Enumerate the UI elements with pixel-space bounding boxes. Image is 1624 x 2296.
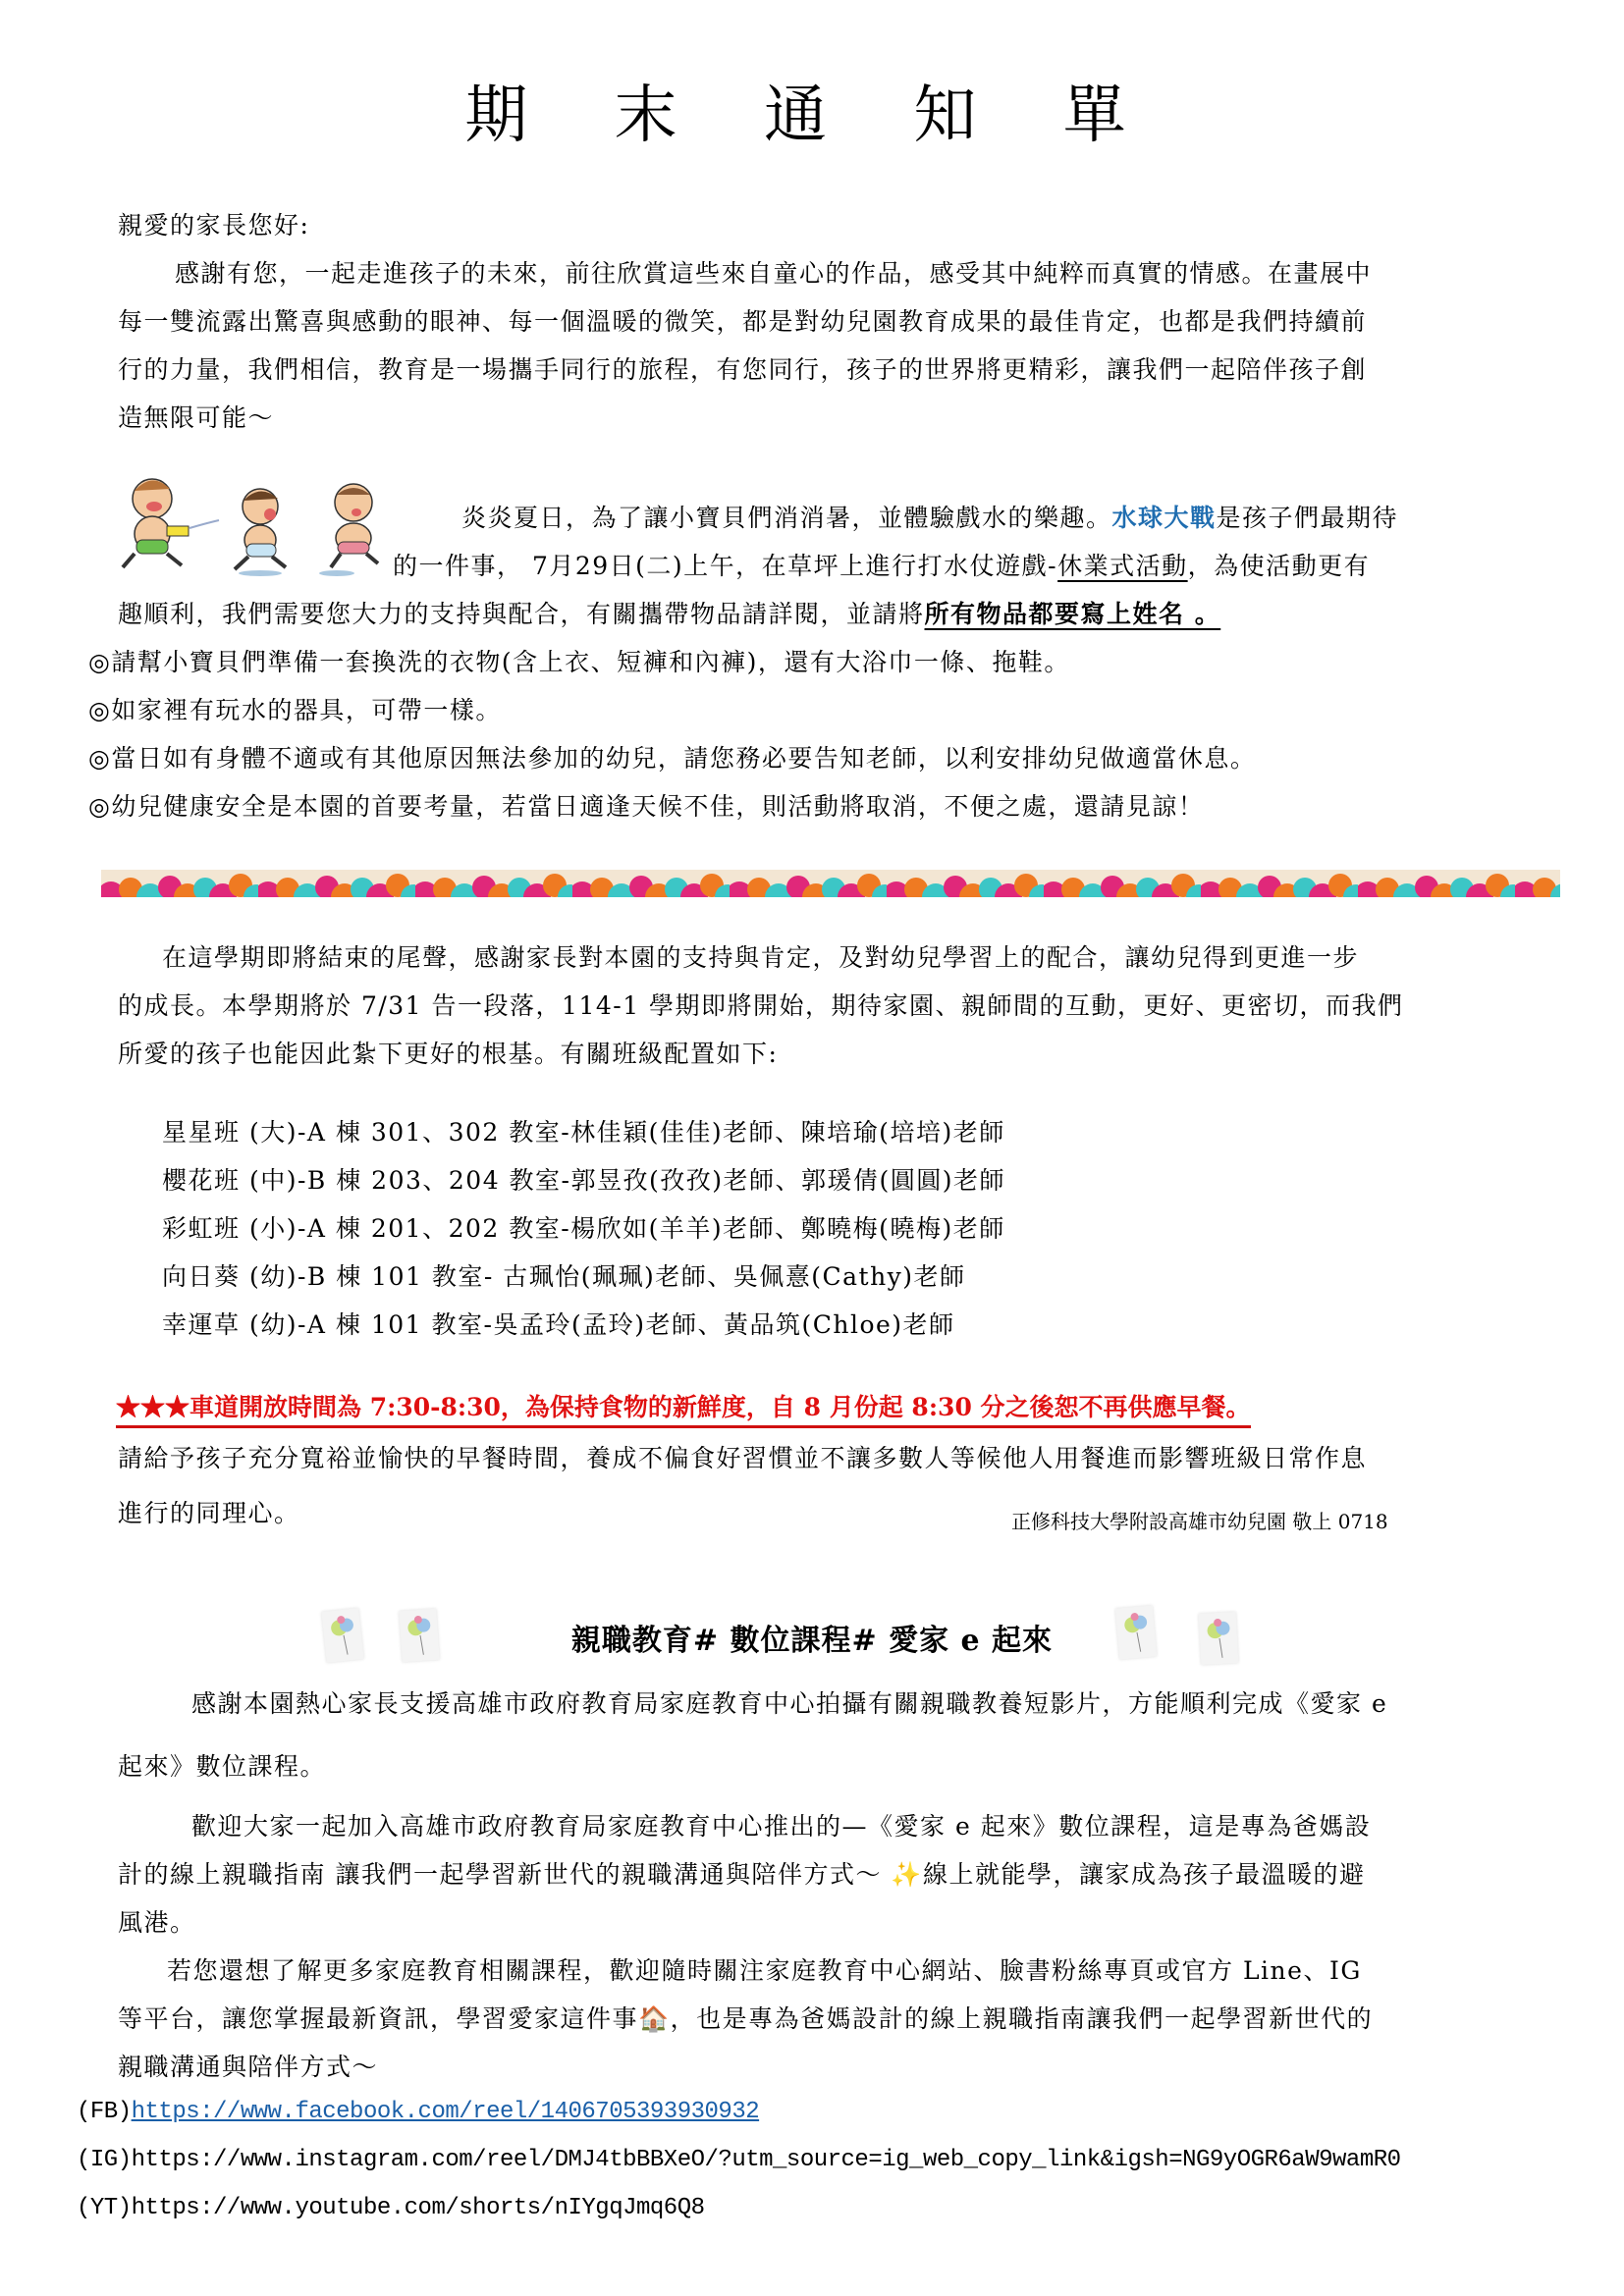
breakfast-detail: 請給予孩子充分寬裕並愉快的早餐時間，養成不偏食好習慣並不讓多數人等候他人用餐進而… [118,1443,1367,1474]
link-prefix: (YT) [77,2195,132,2221]
text: 炎炎夏日，為了讓小寶貝們消消暑，並體驗戲水的樂趣。 [461,504,1112,532]
decorative-balloon-border [101,870,1560,897]
class-assignment: 星星班 (大)-A 棟 301、302 教室-林佳穎(佳佳)老師、陳培瑜(培培)… [162,1117,1005,1148]
page-title: 期 末 通 知 單 [0,77,1624,155]
breakfast-detail: 進行的同理心。 [118,1498,300,1529]
greeting: 親愛的家長您好: [118,210,309,241]
note-item: ◎幼兒健康安全是本園的首要考量，若當日適逢天候不佳，則活動將取消，不便之處，還請… [88,791,1204,823]
closing-ceremony-underline: 休業式活動 [1057,552,1188,580]
section-para: 感謝本園熱心家長支援高雄市政府教育局家庭教育中心拍攝有關親職教養短影片，方能順利… [191,1688,1387,1720]
water-event-line-3: 趣順利，我們需要您大力的支持與配合，有關攜帶物品請詳閱，並請將所有物品都要寫上姓… [118,599,1220,630]
class-assignment: 櫻花班 (中)-B 棟 203、204 教室-郭昱孜(孜孜)老師、郭瑗倩(圓圓)… [162,1165,1005,1197]
section-para: 等平台，讓您掌握最新資訊，學習愛家這件事🏠，也是專為爸媽設計的線上親職指南讓我們… [118,2003,1373,2035]
instagram-url: https://www.instagram.com/reel/DMJ4tbBBX… [132,2147,1401,2173]
note-item: ◎請幫小寶貝們準備一套換洗的衣物(含上衣、短褲和內褲)，還有大浴巾一條、拖鞋。 [88,647,1070,678]
label-all-items-notice: 所有物品都要寫上姓名 。 [925,600,1221,628]
section-title: 親職教育# 數位課程# 愛家 e 起來 [0,1616,1624,1659]
text: ，為使活動更有 [1188,552,1371,580]
section-para: 風港。 [118,1907,196,1939]
link-prefix: (FB) [77,2099,132,2125]
semester-line: 所愛的孩子也能因此紮下更好的根基。有關班級配置如下: [118,1039,778,1070]
text: 趣順利，我們需要您大力的支持與配合，有關攜帶物品請詳閱，並請將 [118,600,925,628]
water-balloon-highlight: 水球大戰 [1112,504,1217,532]
intro-line: 每一雙流露出驚喜與感動的眼神、每一個溫暖的微笑，都是對幼兒園教育成果的最佳肯定，… [118,306,1367,338]
class-assignment: 幸運草 (幼)-A 棟 101 教室-吳孟玲(孟玲)老師、黃品筑(Chloe)老… [162,1309,955,1341]
semester-line: 在這學期即將結束的尾聲，感謝家長對本園的支持與肯定，及對幼兒學習上的配合，讓幼兒… [162,942,1359,974]
section-para: 若您還想了解更多家庭教育相關課程，歡迎隨時關注家庭教育中心網站、臉書粉絲專頁或官… [167,1955,1362,1987]
signature: 正修科技大學附設高雄市幼兒園 敬上 0718 [1011,1506,1388,1534]
section-para: 歡迎大家一起加入高雄市政府教育局家庭教育中心推出的—《愛家 e 起來》數位課程，… [191,1811,1371,1842]
section-para: 計的線上親職指南 讓我們一起學習新世代的親職溝通與陪伴方式～ ✨線上就能學，讓家… [118,1859,1366,1891]
youtube-link-row: (YT)https://www.youtube.com/shorts/nIYgq… [77,2195,705,2221]
section-para: 親職溝通與陪伴方式～ [118,2052,378,2083]
link-prefix: (IG) [77,2147,132,2173]
section-para: 起來》數位課程。 [118,1751,326,1783]
semester-line: 的成長。本學期將於 7/31 告一段落，114-1 學期即將開始，期待家園、親師… [118,990,1404,1022]
text: 是孩子們最期待 [1217,504,1399,532]
text: 的一件事， 7月29日(二)上午，在草坪上進行打水仗遊戲- [393,552,1057,580]
water-event-line-1: 炎炎夏日，為了讓小寶貝們消消暑，並體驗戲水的樂趣。水球大戰是孩子們最期待 [461,503,1398,534]
water-event-line-2: 的一件事， 7月29日(二)上午，在草坪上進行打水仗遊戲-休業式活動，為使活動更… [393,551,1370,582]
youtube-url: https://www.youtube.com/shorts/nIYgqJmq6… [132,2195,705,2221]
note-item: ◎如家裡有玩水的器具，可帶一樣。 [88,695,502,726]
breakfast-notice-text: 車道開放時間為 7:30-8:30，為保持食物的新鮮度，自 8 月份起 8:30… [189,1393,1251,1421]
note-item: ◎當日如有身體不適或有其他原因無法參加的幼兒，請您務必要告知老師，以利安排幼兒做… [88,743,1256,774]
star-icons: ★★★ [116,1393,189,1421]
intro-line: 行的力量，我們相信，教育是一場攜手同行的旅程，有您同行，孩子的世界將更精彩，讓我… [118,354,1367,386]
kids-water-play-illustration [113,469,407,577]
instagram-link-row: (IG)https://www.instagram.com/reel/DMJ4t… [77,2147,1401,2173]
intro-line: 感謝有您，一起走進孩子的未來，前往欣賞這些來自童心的作品，感受其中純粹而真實的情… [175,258,1372,290]
facebook-link-row: (FB)https://www.facebook.com/reel/140670… [77,2099,759,2125]
facebook-link[interactable]: https://www.facebook.com/reel/1406705393… [132,2099,760,2125]
breakfast-notice: ★★★車道開放時間為 7:30-8:30，為保持食物的新鮮度，自 8 月份起 8… [116,1392,1251,1428]
class-assignment: 彩虹班 (小)-A 棟 201、202 教室-楊欣如(羊羊)老師、鄭曉梅(曉梅)… [162,1213,1005,1245]
intro-line: 造無限可能～ [118,402,274,434]
class-assignment: 向日葵 (幼)-B 棟 101 教室- 古珮怡(珮珮)老師、吳佩憙(Cathy)… [162,1261,966,1293]
